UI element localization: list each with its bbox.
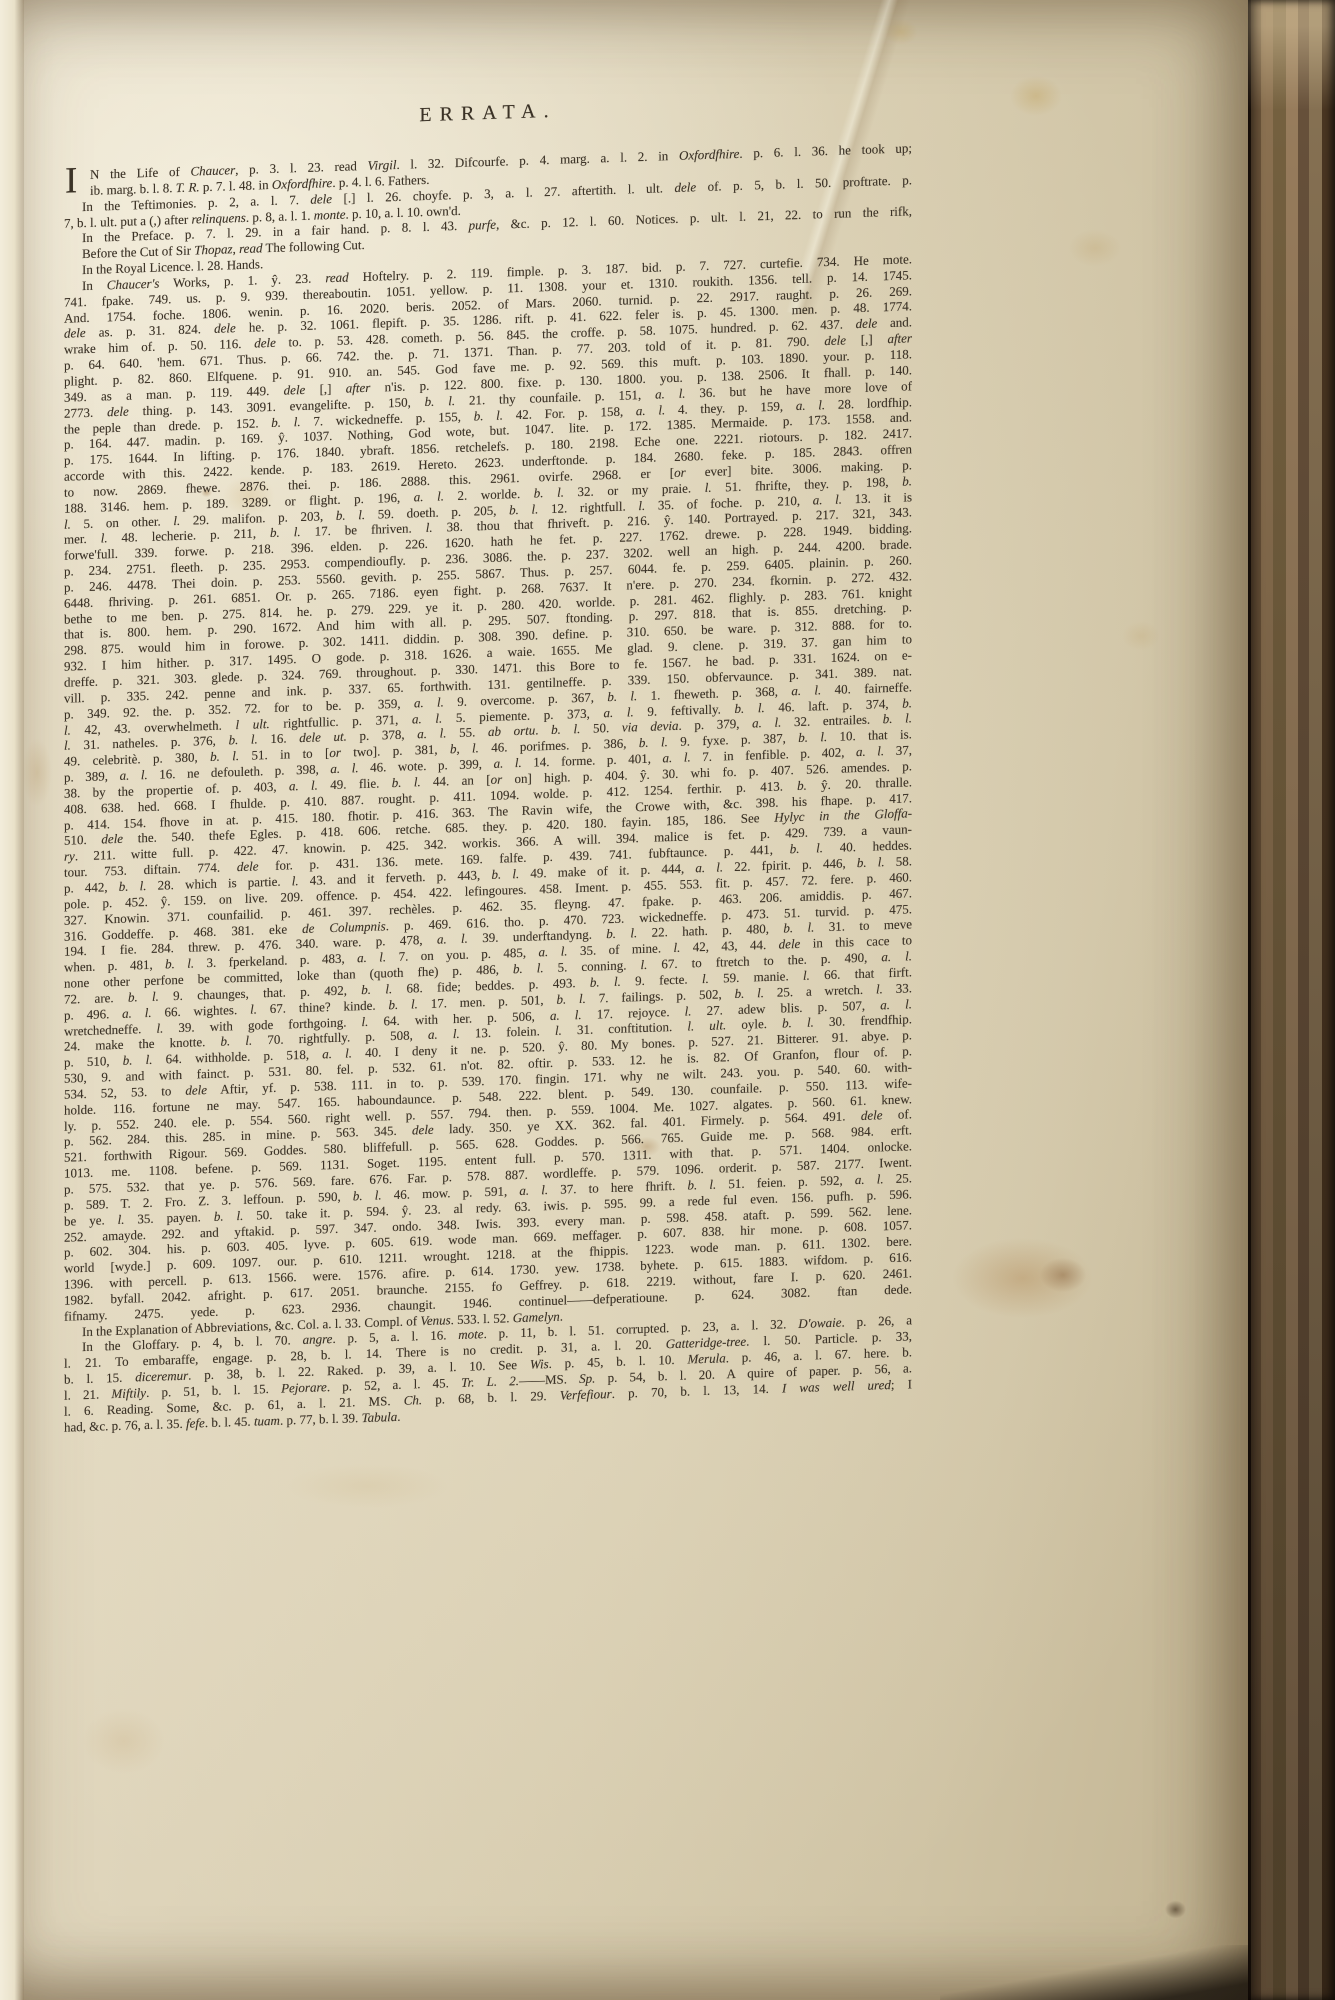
- bottom-corner-shadow: [940, 1945, 1248, 2000]
- errata-body: I N the Life of Chaucer, p. 3. l. 23. re…: [64, 140, 912, 1435]
- drop-cap-initial: I: [65, 162, 77, 199]
- book-page-edges: [1248, 0, 1335, 2000]
- scanned-book-photo: ERRATA. I N the Life of Chaucer, p. 3. l…: [0, 0, 1335, 2000]
- page-left-edge: [0, 0, 24, 2000]
- errata-text-block: ERRATA. I N the Life of Chaucer, p. 3. l…: [64, 88, 912, 1435]
